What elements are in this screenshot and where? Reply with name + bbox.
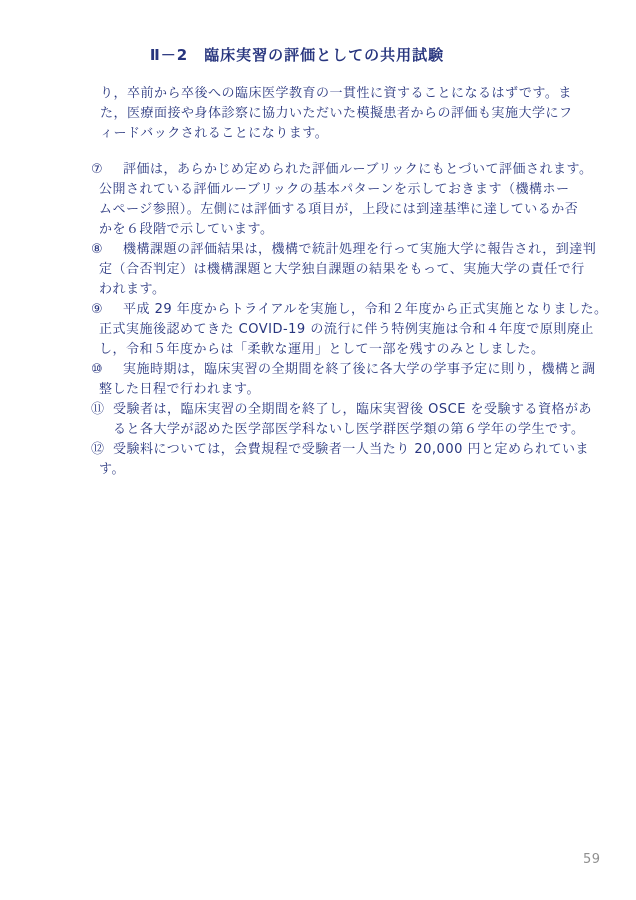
text-line: ⑪受験者は，臨床実習の全期間を終了し，臨床実習後 OSCE を受験する資格があ bbox=[91, 400, 601, 420]
text-line: ⑩実施時期は，臨床実習の全期間を終了後に各大学の学事予定に則り，機構と調 bbox=[91, 360, 601, 380]
text-line: ⑦評価は，あらかじめ定められた評価ルーブリックにもとづいて評価されます。 bbox=[91, 160, 601, 180]
item-text: 平成 29 年度からトライアルを実施し，令和２年度から正式実施となりました。 bbox=[123, 302, 608, 317]
document-page: Ⅱ－2 臨床実習の評価としての共用試験 り，卒前から卒後への臨床医学教育の一貫性… bbox=[0, 0, 636, 900]
text-line: 整した日程で行われます。 bbox=[91, 380, 601, 400]
text-line: た，医療面接や身体診察に協力いただいた模擬患者からの評価も実施大学にフ bbox=[91, 104, 601, 124]
list-item-12: ⑫受験料については，会費規程で受験者一人当たり 20,000 円と定められていま… bbox=[91, 440, 601, 480]
item-text: 評価は，あらかじめ定められた評価ルーブリックにもとづいて評価されます。 bbox=[123, 162, 593, 177]
item-number-marker: ⑩ bbox=[91, 360, 123, 380]
item-number-marker: ⑨ bbox=[91, 300, 123, 320]
list-item-7: ⑦評価は，あらかじめ定められた評価ルーブリックにもとづいて評価されます。 公開さ… bbox=[91, 160, 601, 240]
text-line: 定（合否判定）は機構課題と大学独自課題の結果をもって、実施大学の責任で行 bbox=[91, 260, 601, 280]
text-line: ィードバックされることになります。 bbox=[91, 124, 601, 144]
page-title: Ⅱ－2 臨床実習の評価としての共用試験 bbox=[0, 44, 594, 65]
item-number-marker: ⑫ bbox=[91, 440, 113, 460]
list-item-8: ⑧機構課題の評価結果は，機構で統計処理を行って実施大学に報告され，到達判 定（合… bbox=[91, 240, 601, 300]
text-line: ⑧機構課題の評価結果は，機構で統計処理を行って実施大学に報告され，到達判 bbox=[91, 240, 601, 260]
paragraph-intro: り，卒前から卒後への臨床医学教育の一貫性に資することになるはずです。ま た，医療… bbox=[91, 84, 601, 144]
item-number-marker: ⑪ bbox=[91, 400, 113, 420]
text-line: 正式実施後認めてきた COVID-19 の流行に伴う特例実施は令和４年度で原則廃… bbox=[91, 320, 601, 340]
item-text: 受験者は，臨床実習の全期間を終了し，臨床実習後 OSCE を受験する資格があ bbox=[113, 402, 592, 417]
text-line: ムページ参照）。左側には評価する項目が，上段には到達基準に達しているか否 bbox=[91, 200, 601, 220]
text-line: ⑨平成 29 年度からトライアルを実施し，令和２年度から正式実施となりました。 bbox=[91, 300, 601, 320]
item-text: 受験料については，会費規程で受験者一人当たり 20,000 円と定められていま bbox=[113, 442, 589, 457]
item-number-marker: ⑦ bbox=[91, 160, 123, 180]
item-text: 機構課題の評価結果は，機構で統計処理を行って実施大学に報告され，到達判 bbox=[123, 242, 596, 257]
text-line: ると各大学が認めた医学部医学科ないし医学群医学類の第６学年の学生です。 bbox=[91, 420, 601, 440]
text-line: り，卒前から卒後への臨床医学教育の一貫性に資することになるはずです。ま bbox=[91, 84, 601, 104]
text-line: ⑫受験料については，会費規程で受験者一人当たり 20,000 円と定められていま bbox=[91, 440, 601, 460]
text-line: 公開されている評価ルーブリックの基本パターンを示しておきます（機構ホー bbox=[91, 180, 601, 200]
document-body: り，卒前から卒後への臨床医学教育の一貫性に資することになるはずです。ま た，医療… bbox=[91, 84, 601, 480]
list-item-10: ⑩実施時期は，臨床実習の全期間を終了後に各大学の学事予定に則り，機構と調 整した… bbox=[91, 360, 601, 400]
list-item-11: ⑪受験者は，臨床実習の全期間を終了し，臨床実習後 OSCE を受験する資格があ … bbox=[91, 400, 601, 440]
text-line: す。 bbox=[91, 460, 601, 480]
list-item-9: ⑨平成 29 年度からトライアルを実施し，令和２年度から正式実施となりました。 … bbox=[91, 300, 601, 360]
item-text: 実施時期は，臨床実習の全期間を終了後に各大学の学事予定に則り，機構と調 bbox=[123, 362, 596, 377]
text-line: し，令和５年度からは「柔軟な運用」として一部を残すのみとしました。 bbox=[91, 340, 601, 360]
text-line: われます。 bbox=[91, 280, 601, 300]
text-line: かを６段階で示しています。 bbox=[91, 220, 601, 240]
item-number-marker: ⑧ bbox=[91, 240, 123, 260]
page-number: 59 bbox=[583, 852, 601, 867]
